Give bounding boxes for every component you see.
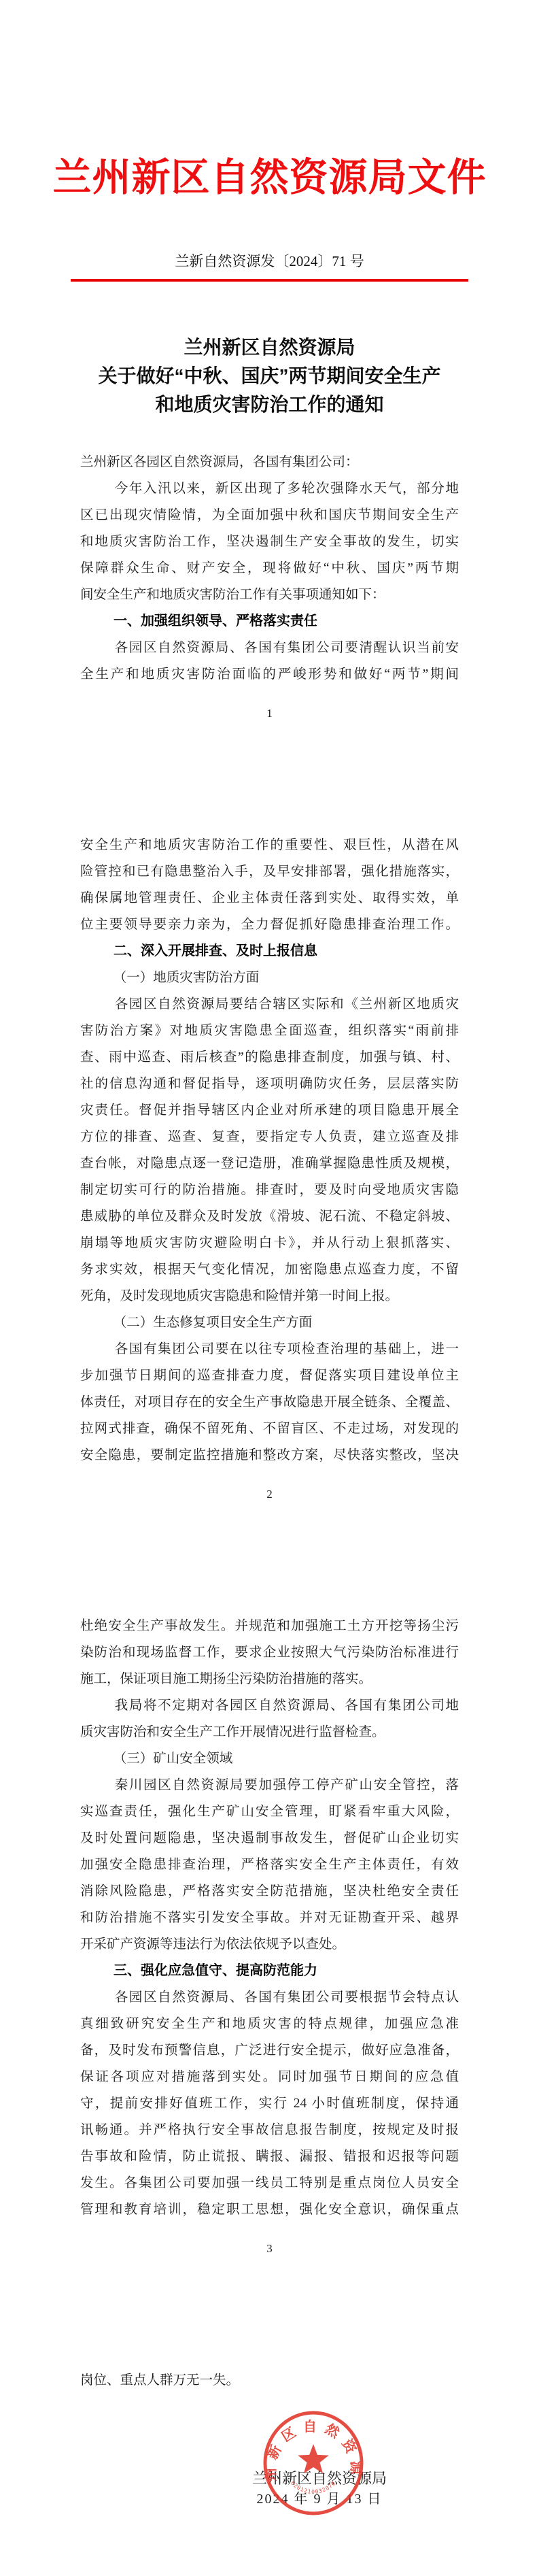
body-line: 灾责任。督促并指导辖区内企业对所承建的项目隐患开展全 (80, 1097, 459, 1124)
body-line: 我局将不定期对各园区自然资源局、各国有集团公司地 (80, 1692, 459, 1719)
body-line: 守，提前安排好值班工作，实行 24 小时值班制度，保持通 (80, 2090, 459, 2117)
body-line: 查台帐，对隐患点逐一登记造册，准确掌握隐患性质及规模， (80, 1150, 459, 1177)
page-number: 3 (0, 2241, 539, 2257)
section-heading: 三、强化应急值守、提高防范能力 (80, 1958, 459, 1984)
body-line: 害防治方案》对地质灾害隐患全面巡查，组织落实“雨前排 (80, 1018, 459, 1044)
body-line: 和防治措施不落实引发安全事故。并对无证勘查开采、越界 (80, 1905, 459, 1931)
body-line: 险管控和已有隐患整治入手，及早安排部署，强化措施落实， (80, 858, 459, 885)
body-line: 备，及时发布预警信息，广泛进行安全提示，做好应急准备， (80, 2037, 459, 2064)
sub-heading: （二）生态修复项目安全生产方面 (80, 1309, 459, 1336)
body-line: 真细致研究安全生产和地质灾害的特点规律，加强应急准 (80, 2011, 459, 2037)
body-line: 实巡查责任，强化生产矿山安全管理，盯紧看牢重大风险， (80, 1799, 459, 1825)
seal-star-icon (298, 2444, 329, 2473)
body-line: 制定切实可行的防治措施。排查时，要及时向受地质灾害隐 (80, 1177, 459, 1203)
body-line: 加强安全隐患排查治理，严格落实安全生产主体责任，有效 (80, 1852, 459, 1878)
body-line: 步加强节日期间的巡查排查力度，督促落实项目建设单位主 (80, 1362, 459, 1389)
body-line: 发生。各集团公司要加强一线员工特别是重点岗位人员安全 (80, 2170, 459, 2196)
body-line: 质灾害防治和安全生产工作开展情况进行监督检查。 (80, 1719, 459, 1745)
document-number: 兰新自然资源发〔2024〕71 号 (0, 252, 539, 271)
body-line: 开采矿产资源等违法行为依法依规予以查处。 (80, 1931, 459, 1958)
red-divider-line (71, 279, 468, 282)
official-seal: 兰州新区自然资源局 6201210032070 (262, 2410, 364, 2516)
body-line: 务求实效，根据天气变化情况，加密隐患点巡查力度，不留 (80, 1256, 459, 1283)
body-line: 岗位、重点人群万无一失。 (80, 2367, 459, 2394)
notice-title-line-2: 关于做好“中秋、国庆”两节期间安全生产 (0, 362, 539, 390)
page: 兰州新区各园区自然资源局，各国有集团公司：今年入汛以来，新区出现了多轮次强降水天… (0, 449, 539, 722)
sub-heading: （三）矿山安全领域 (80, 1745, 459, 1772)
body-line: 和地质灾害防治工作，坚决遏制生产安全事故的发生，切实 (80, 529, 459, 555)
page-number: 2 (0, 1486, 539, 1503)
notice-title: 兰州新区自然资源局 关于做好“中秋、国庆”两节期间安全生产 和地质灾害防治工作的… (0, 333, 539, 419)
page: 岗位、重点人群万无一失。 (0, 2367, 539, 2394)
body-line: 位主要领导要亲力亲为，全力督促抓好隐患排查治理工作。 (80, 911, 459, 938)
body-line: 秦川园区自然资源局要加强停工停产矿山安全管控，落 (80, 1772, 459, 1799)
body-line: 拉网式排查，确保不留死角、不留盲区、不走过场，对发现的 (80, 1416, 459, 1442)
salutation-line: 兰州新区各园区自然资源局，各国有集团公司： (80, 449, 459, 475)
page: 杜绝安全生产事故发生。并规范和加强施工土方开挖等扬尘污染防治和现场监督工作，要求… (0, 1613, 539, 2257)
body-line: 保证各项应对措施落到实处。同时加强节日期间的应急值 (80, 2064, 459, 2090)
body-line: 及时处置问题隐患，坚决遏制事故发生，督促矿山企业切实 (80, 1825, 459, 1852)
document-header-title: 兰州新区自然资源局文件 (0, 151, 539, 205)
body-line: 消除风险隐患，严格落实安全防范措施，坚决杜绝安全责任 (80, 1878, 459, 1905)
body-line: 确保属地管理责任、企业主体责任落到实处、取得实效，单 (80, 885, 459, 911)
body-line: 施工，保证项目施工期扬尘污染防治措施的落实。 (80, 1666, 459, 1692)
body-line: 区已出现灾情险情，为全面加强中秋和国庆节期间安全生产 (80, 502, 459, 529)
body-line: 安全生产和地质灾害防治工作的重要性、艰巨性，从潜在风 (80, 832, 459, 858)
body-line: 各国有集团公司要在以往专项检查治理的基础上，进一 (80, 1336, 459, 1362)
body-line: 患威胁的单位及群众及时发放《滑坡、泥石流、不稳定斜坡、 (80, 1203, 459, 1230)
seal-code-text: 6201210032070 (290, 2480, 337, 2495)
body-line: 染防治和现场监督工作，要求企业按照大气污染防治标准进行 (80, 1639, 459, 1666)
body-line: 方位的排查、巡查、复查，要指定专人负责，建立巡查及排 (80, 1124, 459, 1150)
page: 安全生产和地质灾害防治工作的重要性、艰巨性，从潜在风险管控和已有隐患整治入手，及… (0, 832, 539, 1503)
body-line: 社的信息沟通和督促指导，逐项明确防灾任务，层层落实防 (80, 1071, 459, 1097)
section-heading: 一、加强组织领导、严格落实责任 (80, 608, 459, 635)
body-line: 讯畅通。并严格执行安全事故信息报告制度，按规定及时报 (80, 2117, 459, 2143)
body-line: 今年入汛以来，新区出现了多轮次强降水天气，部分地 (80, 475, 459, 502)
body-line: 安全隐患，要制定监控措施和整改方案，尽快落实整改，坚决 (80, 1442, 459, 1469)
body-line: 管理和教育培训，稳定职工思想，强化安全意识，确保重点 (80, 2196, 459, 2223)
body-line: 各园区自然资源局、各国有集团公司要根据节会特点认 (80, 1984, 459, 2011)
official-document: 兰州新区自然资源局文件 兰新自然资源发〔2024〕71 号 兰州新区自然资源局 … (0, 0, 539, 2576)
body-line: 告事故和险情，防止谎报、瞒报、漏报、错报和迟报等问题 (80, 2143, 459, 2170)
body-line: 保障群众生命、财产安全，现将做好“中秋、国庆”两节期 (80, 555, 459, 582)
body-line: 各园区自然资源局要结合辖区实际和《兰州新区地质灾 (80, 991, 459, 1018)
notice-title-line-3: 和地质灾害防治工作的通知 (0, 390, 539, 419)
body-line: 死角，及时发现地质灾害隐患和险情并第一时间上报。 (80, 1283, 459, 1309)
body-line: 各园区自然资源局、各国有集团公司要清醒认识当前安 (80, 635, 459, 661)
body-line: 杜绝安全生产事故发生。并规范和加强施工土方开挖等扬尘污 (80, 1613, 459, 1639)
sub-heading: （一）地质灾害防治方面 (80, 965, 459, 991)
body-line: 全生产和地质灾害防治面临的严峻形势和做好“两节”期间 (80, 661, 459, 688)
body-line: 查、雨中巡查、雨后核查”的隐患排查制度，加强与镇、村、 (80, 1044, 459, 1071)
section-heading: 二、深入开展排查、及时上报信息 (80, 938, 459, 965)
body-line: 间安全生产和地质灾害防治工作有关事项通知如下： (80, 582, 459, 608)
page-number: 1 (0, 705, 539, 722)
body-line: 崩塌等地质灾害防灾避险明白卡》，并从行动上狠抓落实、 (80, 1230, 459, 1256)
signature-area: 兰州新区自然资源局 2024 年 9 月 13 日 兰州新区自然资源局 6201… (0, 2409, 539, 2576)
notice-title-line-1: 兰州新区自然资源局 (0, 333, 539, 362)
document-pages: 兰州新区各园区自然资源局，各国有集团公司：今年入汛以来，新区出现了多轮次强降水天… (0, 449, 539, 2394)
body-line: 体责任，对项目存在的安全生产事故隐患开展全链条、全覆盖、 (80, 1389, 459, 1416)
